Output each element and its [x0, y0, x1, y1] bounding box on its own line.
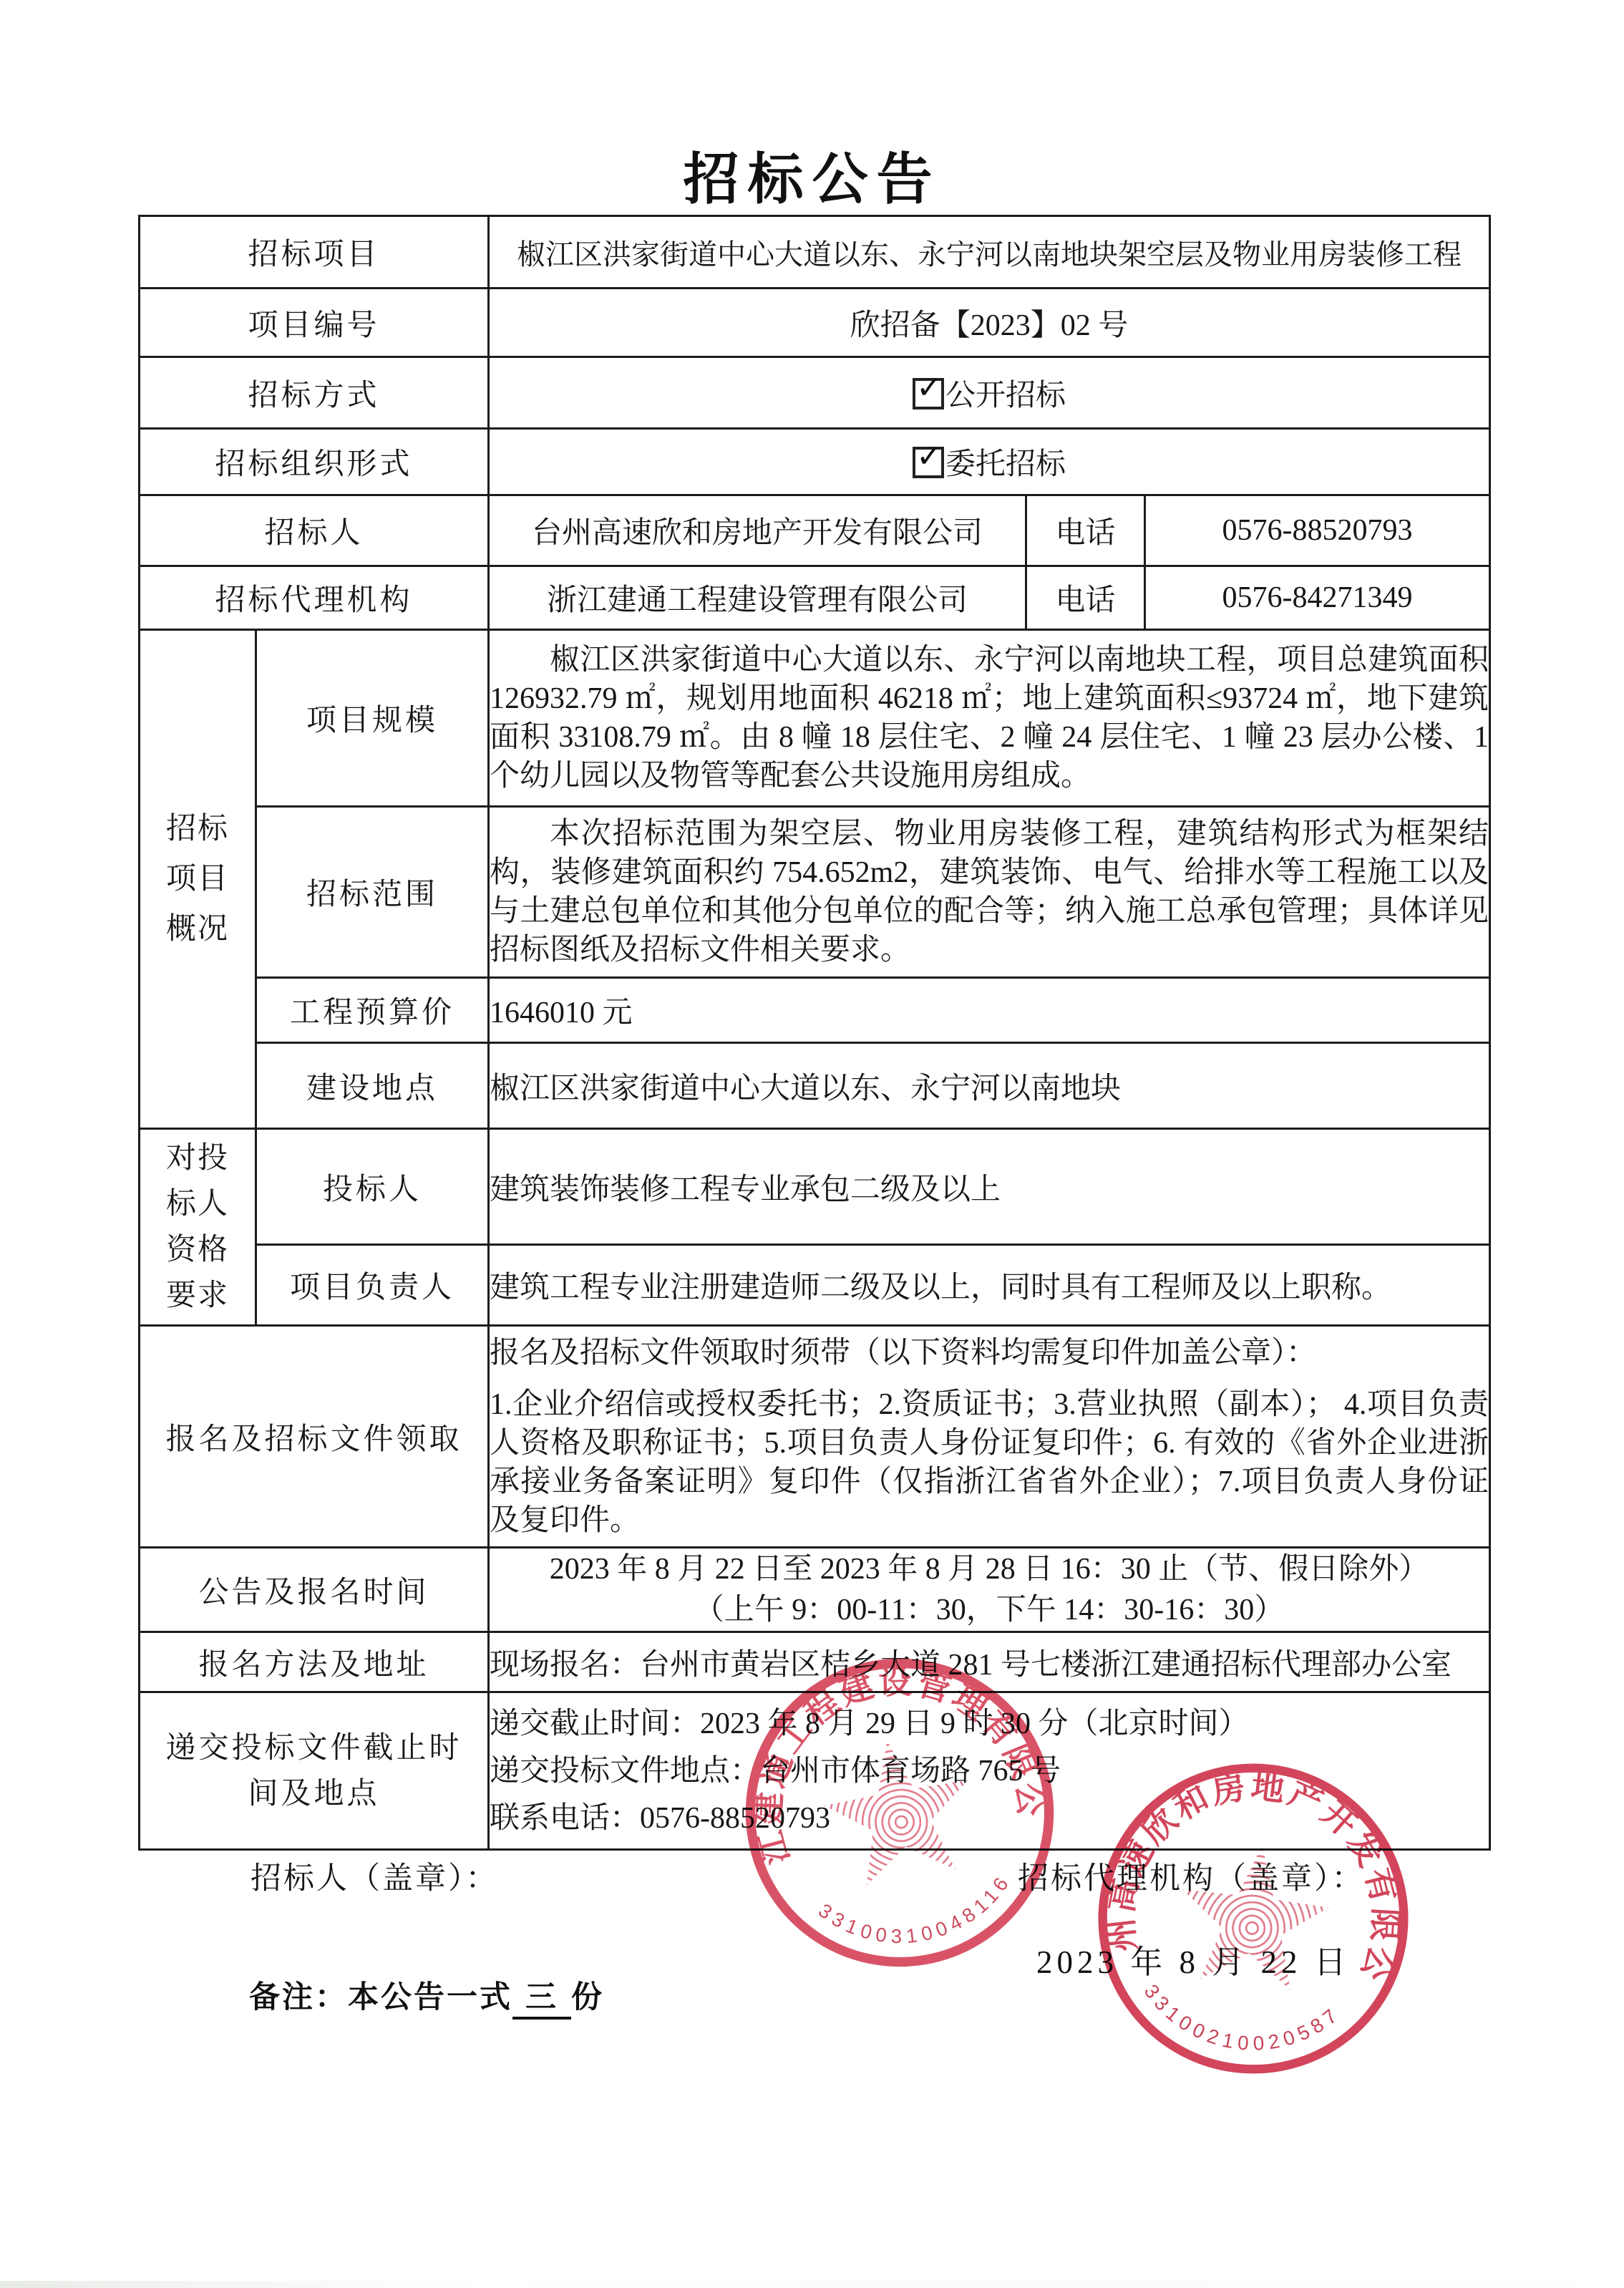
row-value-bidder: 建筑装饰装修工程专业承包二级及以上	[489, 1129, 1490, 1245]
group-label-line: 资格	[140, 1227, 255, 1273]
table-row: 招标 项目 概况 项目规模 椒江区洪家街道中心大道以东、永宁河以南地块工程，项目…	[140, 630, 1490, 807]
registration-items: 1.企业介绍信或授权委托书；2.资质证书；3.营业执照（副本）； 4.项目负责人…	[490, 1385, 1489, 1540]
row-label-project: 招标项目	[140, 216, 489, 289]
scale-paragraph: 椒江区洪家街道中心大道以东、永宁河以南地块工程，项目总建筑面积126932.79…	[490, 641, 1489, 795]
table-row: 建设地点 椒江区洪家街道中心大道以东、永宁河以南地块	[140, 1043, 1490, 1129]
table-row: 招标项目 椒江区洪家街道中心大道以东、永宁河以南地块架空层及物业用房装修工程	[140, 216, 1490, 289]
row-label-scope: 招标范围	[256, 807, 489, 978]
row-value-method: ✓公开招标	[489, 357, 1490, 429]
row-label-scale: 项目规模	[256, 630, 489, 807]
check-mark-icon: ✓	[916, 441, 943, 472]
row-value-registration: 报名及招标文件领取时须带（以下资料均需复印件加盖公章）： 1.企业介绍信或授权委…	[489, 1326, 1490, 1548]
group-label-qualification: 对投 标人 资格 要求	[140, 1129, 256, 1326]
row-value-location: 椒江区洪家街道中心大道以东、永宁河以南地块	[489, 1043, 1490, 1129]
row-label-budget: 工程预算价	[256, 978, 489, 1043]
group-label-line: 招标	[140, 804, 255, 854]
row-value-scale: 椒江区洪家街道中心大道以东、永宁河以南地块工程，项目总建筑面积126932.79…	[489, 630, 1490, 807]
announce-time-line2: （上午 9：00-11：30，下午 14：30-16：30）	[490, 1590, 1489, 1631]
checkbox-checked-icon: ✓	[913, 447, 944, 478]
submission-label-line: 间及地点	[140, 1771, 487, 1817]
group-label-overview: 招标 项目 概况	[140, 630, 256, 1129]
row-label-manager: 项目负责人	[256, 1245, 489, 1326]
row-value-manager: 建筑工程专业注册建造师二级及以上，同时具有工程师及以上职称。	[489, 1245, 1490, 1326]
table-row: 招标代理机构 浙江建通工程建设管理有限公司 电话 0576-84271349	[140, 566, 1490, 630]
row-value-announce-time: 2023 年 8 月 22 日至 2023 年 8 月 28 日 16：30 止…	[489, 1548, 1490, 1632]
table-row: 公告及报名时间 2023 年 8 月 22 日至 2023 年 8 月 28 日…	[140, 1548, 1490, 1632]
org-form-option-label: 委托招标	[945, 448, 1066, 481]
scope-paragraph: 本次招标范围为架空层、物业用房装修工程，建筑结构形式为框架结构，装修建筑面积约 …	[490, 815, 1489, 969]
agency-phone-label: 电话	[1026, 566, 1145, 630]
table-row: 项目负责人 建筑工程专业注册建造师二级及以上，同时具有工程师及以上职称。	[140, 1245, 1490, 1326]
table-row: 对投 标人 资格 要求 投标人 建筑装饰装修工程专业承包二级及以上	[140, 1129, 1490, 1245]
agency-company: 浙江建通工程建设管理有限公司	[489, 566, 1026, 630]
note-count-underlined: 三	[512, 1973, 571, 2020]
announce-time-line1: 2023 年 8 月 22 日至 2023 年 8 月 28 日 16：30 止…	[490, 1549, 1489, 1590]
note-line: 备注：本公告一式三份	[249, 1973, 604, 2020]
table-row: 工程预算价 1646010 元	[140, 978, 1490, 1043]
row-label-register-method: 报名方法及地址	[140, 1632, 489, 1692]
page-title: 招标公告	[0, 135, 1624, 215]
table-row: 报名及招标文件领取 报名及招标文件领取时须带（以下资料均需复印件加盖公章）： 1…	[140, 1326, 1490, 1548]
row-value-project: 椒江区洪家街道中心大道以东、永宁河以南地块架空层及物业用房装修工程	[489, 216, 1490, 289]
scanned-document-page: 招标公告 招标项目 椒江区洪家街道中心大道以东、永宁河以南地块架空层及物业用房装…	[0, 0, 1624, 2288]
row-label-registration: 报名及招标文件领取	[140, 1326, 489, 1548]
row-label-bidder: 投标人	[256, 1129, 489, 1245]
row-label-announce-time: 公告及报名时间	[140, 1548, 489, 1632]
group-label-line: 对投	[140, 1135, 255, 1181]
row-label-tenderer: 招标人	[140, 495, 489, 566]
row-value-org-form: ✓委托招标	[489, 429, 1490, 495]
row-value-number: 欣招备【2023】02 号	[489, 289, 1490, 357]
table-row: 招标人 台州高速欣和房地产开发有限公司 电话 0576-88520793	[140, 495, 1490, 566]
checkbox-checked-icon: ✓	[913, 378, 944, 409]
tenderer-company: 台州高速欣和房地产开发有限公司	[489, 495, 1026, 566]
table-row: 招标方式 ✓公开招标	[140, 357, 1490, 429]
tenderer-phone-number: 0576-88520793	[1145, 495, 1490, 566]
group-label-line: 标人	[140, 1181, 255, 1227]
row-label-submission: 递交投标文件截止时 间及地点	[140, 1692, 489, 1850]
check-mark-icon: ✓	[916, 372, 943, 404]
row-label-number: 项目编号	[140, 289, 489, 357]
row-label-org-form: 招标组织形式	[140, 429, 489, 495]
tenderer-seal-label: 招标人（盖章）：	[251, 1854, 499, 1898]
row-label-method: 招标方式	[140, 357, 489, 429]
note-suffix: 份	[571, 1981, 604, 2015]
agency-company-stamp: 浙江建通工程建设管理有限公司 33100310048116	[709, 1622, 1091, 2004]
row-label-agency: 招标代理机构	[140, 566, 489, 630]
tender-notice-table: 招标项目 椒江区洪家街道中心大道以东、永宁河以南地块架空层及物业用房装修工程 项…	[138, 215, 1491, 1851]
tenderer-phone-label: 电话	[1026, 495, 1145, 566]
group-label-line: 项目	[140, 854, 255, 904]
table-row: 项目编号 欣招备【2023】02 号	[140, 289, 1490, 357]
method-option-label: 公开招标	[945, 379, 1066, 412]
agency-phone-number: 0576-84271349	[1145, 566, 1490, 630]
submission-label-line: 递交投标文件截止时	[140, 1725, 487, 1771]
stamp-star-fingerprint	[1164, 1840, 1340, 2016]
scan-edge-artifact	[0, 2281, 1624, 2288]
tenderer-company-stamp: 台州高速欣和房地产开发有限公司 33100210020587	[1068, 1733, 1438, 2103]
group-label-line: 概况	[140, 904, 255, 954]
table-row: 招标组织形式 ✓委托招标	[140, 429, 1490, 495]
table-row: 招标范围 本次招标范围为架空层、物业用房装修工程，建筑结构形式为框架结构，装修建…	[140, 807, 1490, 978]
row-value-budget: 1646010 元	[489, 978, 1490, 1043]
stamp-star-fingerprint	[811, 1731, 992, 1912]
registration-intro: 报名及招标文件领取时须带（以下资料均需复印件加盖公章）：	[490, 1334, 1489, 1372]
group-label-line: 要求	[140, 1273, 255, 1319]
note-prefix: 备注：本公告一式	[249, 1981, 512, 2015]
row-label-location: 建设地点	[256, 1043, 489, 1129]
row-value-scope: 本次招标范围为架空层、物业用房装修工程，建筑结构形式为框架结构，装修建筑面积约 …	[489, 807, 1490, 978]
